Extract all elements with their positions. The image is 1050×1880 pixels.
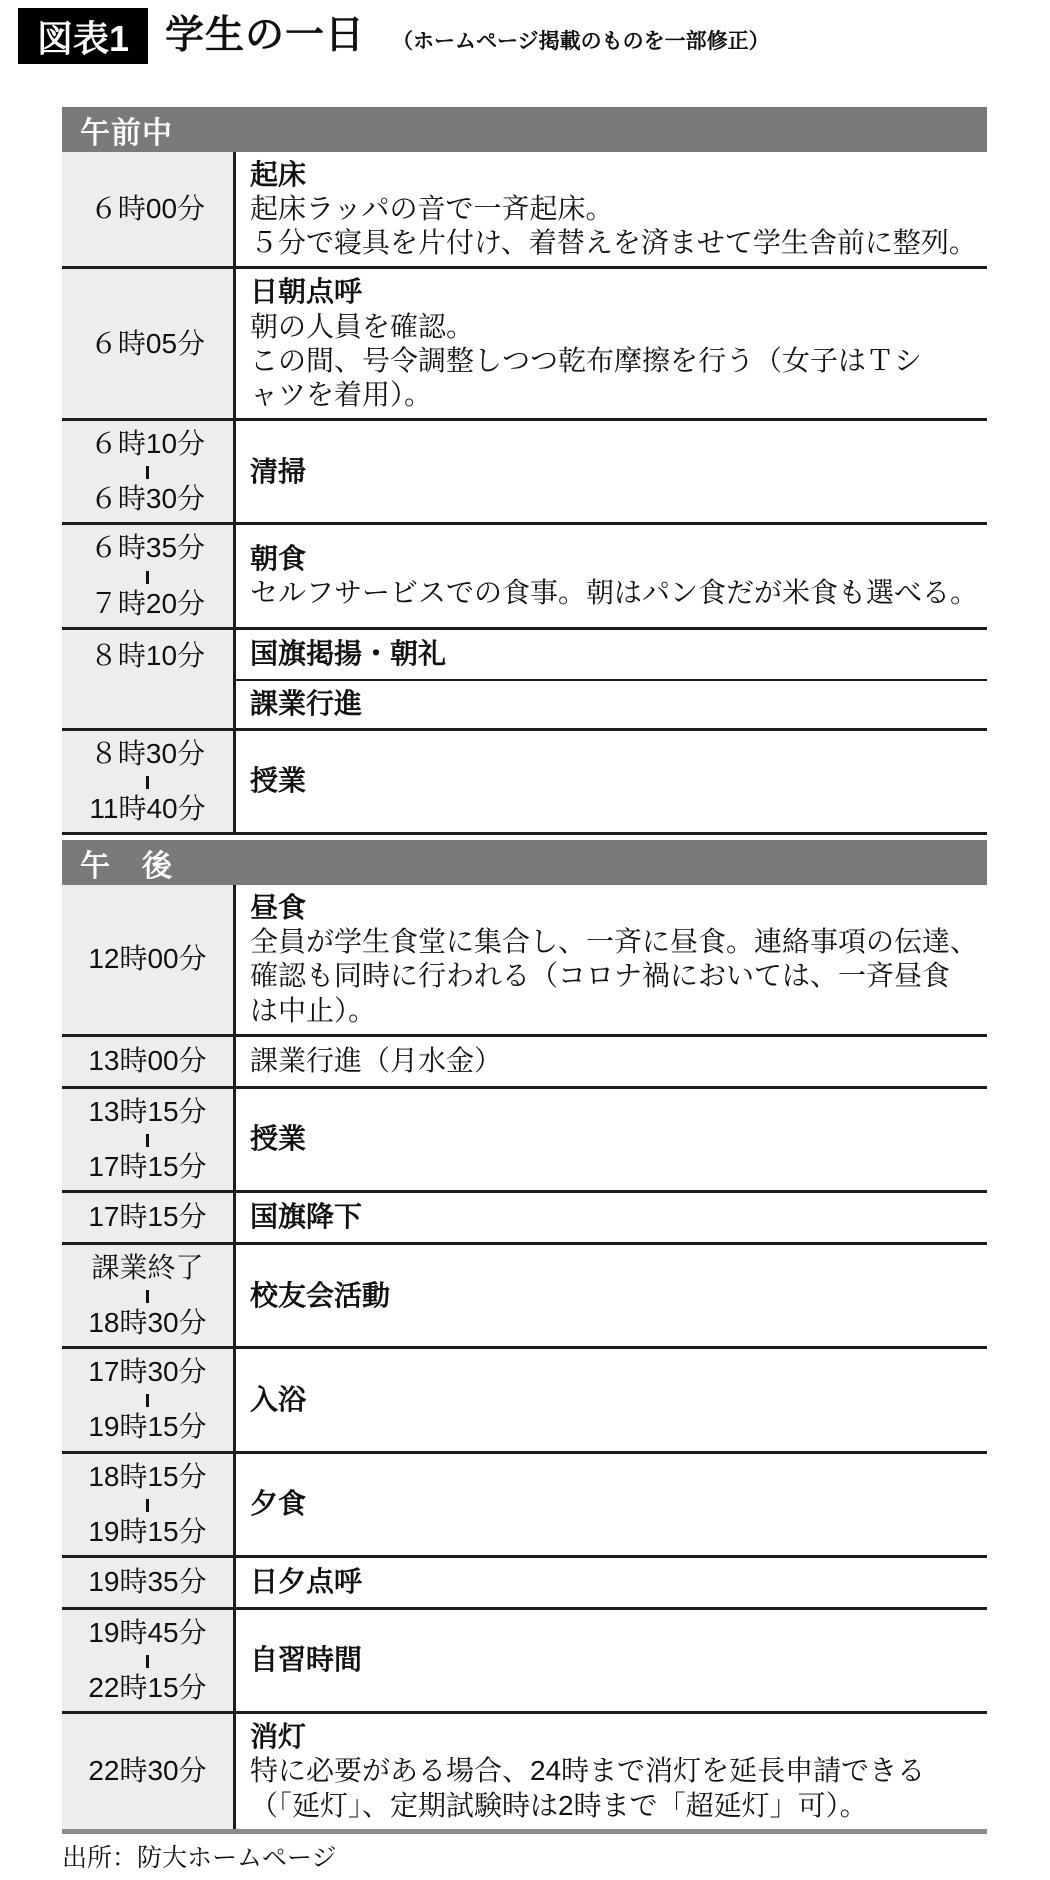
activity-title: 国旗掲揚・朝礼 xyxy=(250,637,979,671)
section-header: 午 後 xyxy=(62,840,987,885)
time-label: 19時45分 xyxy=(88,1616,206,1650)
activity-description: 特に必要がある場合、24時まで消灯を延長申請できる （「延灯」、定期試験時は2時… xyxy=(250,1754,979,1822)
time-cell: 19時35分 xyxy=(62,1558,236,1607)
activity-entry: 朝食セルフサービスでの食事。朝はパン食だが米食も選べる。 xyxy=(236,525,987,626)
time-label: ８時10分 xyxy=(90,639,205,673)
time-label: 19時15分 xyxy=(88,1410,206,1444)
activity-cell: 校友会活動 xyxy=(236,1245,987,1346)
activity-title: 課業行進 xyxy=(250,687,979,721)
schedule-row: 12時00分昼食全員が学生食堂に集合し、一斉に昼食。連絡事項の伝達、 確認も同時… xyxy=(62,885,987,1037)
time-label: 17時30分 xyxy=(88,1355,206,1389)
time-cell: ８時10分 xyxy=(62,630,236,728)
activity-cell: 課業行進（月水金） xyxy=(236,1037,987,1086)
time-cell: 18時15分19時15分 xyxy=(62,1454,236,1555)
time-cell: 17時15分 xyxy=(62,1193,236,1242)
activity-cell: 起床起床ラッパの音で一斉起床。 ５分で寝具を片付け、着替えを済ませて学生舎前に整… xyxy=(236,152,987,266)
activity-cell: 清掃 xyxy=(236,421,987,522)
activity-entry: 国旗降下 xyxy=(236,1193,987,1242)
time-cell: 13時00分 xyxy=(62,1037,236,1086)
schedule-row: ６時35分７時20分朝食セルフサービスでの食事。朝はパン食だが米食も選べる。 xyxy=(62,525,987,629)
time-range-dash xyxy=(146,466,149,479)
schedule-section: 午前中６時00分起床起床ラッパの音で一斉起床。 ５分で寝具を片付け、着替えを済ま… xyxy=(62,107,987,835)
time-label: 22時15分 xyxy=(88,1671,206,1705)
schedule-row: ８時30分11時40分授業 xyxy=(62,731,987,835)
time-label: 18時15分 xyxy=(88,1460,206,1494)
schedule-row: 19時45分22時15分自習時間 xyxy=(62,1610,987,1714)
activity-description: 全員が学生食堂に集合し、一斉に昼食。連絡事項の伝達、 確認も同時に行われる（コロ… xyxy=(250,925,979,1027)
activity-cell: 授業 xyxy=(236,731,987,832)
schedule-row: 13時15分17時15分授業 xyxy=(62,1089,987,1193)
activity-title: 授業 xyxy=(250,764,979,798)
schedule-row: 18時15分19時15分夕食 xyxy=(62,1454,987,1558)
time-label: 17時15分 xyxy=(88,1200,206,1234)
time-label: 22時30分 xyxy=(88,1754,206,1788)
time-label: 19時15分 xyxy=(88,1515,206,1549)
activity-entry: 課業行進（月水金） xyxy=(236,1037,987,1086)
activity-title: 校友会活動 xyxy=(250,1279,979,1313)
time-cell: 22時30分 xyxy=(62,1714,236,1828)
activity-cell: 授業 xyxy=(236,1089,987,1190)
time-range-dash xyxy=(146,1499,149,1512)
time-range-dash xyxy=(146,1655,149,1668)
schedule-section: 午 後12時00分昼食全員が学生食堂に集合し、一斉に昼食。連絡事項の伝達、 確認… xyxy=(62,840,987,1834)
activity-title: 朝食 xyxy=(250,542,979,576)
schedule-row: 17時15分国旗降下 xyxy=(62,1193,987,1245)
time-cell: ６時05分 xyxy=(62,269,236,418)
activity-title: 課業行進（月水金） xyxy=(250,1044,979,1078)
time-cell: 課業終了18時30分 xyxy=(62,1245,236,1346)
time-cell: ６時10分６時30分 xyxy=(62,421,236,522)
activity-cell: 自習時間 xyxy=(236,1610,987,1711)
activity-cell: 入浴 xyxy=(236,1349,987,1450)
activity-entry: 昼食全員が学生食堂に集合し、一斉に昼食。連絡事項の伝達、 確認も同時に行われる（… xyxy=(236,885,987,1034)
activity-title: 昼食 xyxy=(250,891,979,925)
time-cell: 17時30分19時15分 xyxy=(62,1349,236,1450)
activity-title: 起床 xyxy=(250,158,979,192)
time-cell: ６時35分７時20分 xyxy=(62,525,236,626)
time-range-dash xyxy=(146,1394,149,1407)
activity-cell: 昼食全員が学生食堂に集合し、一斉に昼食。連絡事項の伝達、 確認も同時に行われる（… xyxy=(236,885,987,1034)
activity-entry: 入浴 xyxy=(236,1349,987,1450)
activity-entry: 校友会活動 xyxy=(236,1245,987,1346)
activity-entry: 国旗掲揚・朝礼 xyxy=(236,630,987,679)
activity-description: 朝の人員を確認。 この間、号令調整しつつ乾布摩擦を行う（女子はＴシ ャツを着用）… xyxy=(250,310,979,412)
activity-cell: 夕食 xyxy=(236,1454,987,1555)
activity-entry: 課業行進 xyxy=(236,679,987,728)
activity-entry: 夕食 xyxy=(236,1454,987,1555)
time-range-dash xyxy=(146,1290,149,1303)
activity-entry: 日朝点呼朝の人員を確認。 この間、号令調整しつつ乾布摩擦を行う（女子はＴシ ャツ… xyxy=(236,269,987,418)
activity-cell: 国旗掲揚・朝礼課業行進 xyxy=(236,630,987,728)
schedule-row: 課業終了18時30分校友会活動 xyxy=(62,1245,987,1349)
activity-entry: 授業 xyxy=(236,1089,987,1190)
time-label: ６時00分 xyxy=(90,192,205,226)
time-label: 18時30分 xyxy=(88,1306,206,1340)
activity-entry: 日夕点呼 xyxy=(236,1558,987,1607)
activity-title: 入浴 xyxy=(250,1383,979,1417)
time-label: ６時10分 xyxy=(90,427,205,461)
time-label: 13時00分 xyxy=(88,1044,206,1078)
time-cell: 13時15分17時15分 xyxy=(62,1089,236,1190)
activity-title: 消灯 xyxy=(250,1720,979,1754)
time-label: ６時30分 xyxy=(90,482,205,516)
activity-description: 起床ラッパの音で一斉起床。 ５分で寝具を片付け、着替えを済ませて学生舎前に整列。 xyxy=(250,192,979,260)
time-label: ７時20分 xyxy=(90,587,205,621)
activity-title: 授業 xyxy=(250,1122,979,1156)
figure-tag: 図表1 xyxy=(18,8,148,64)
activity-cell: 朝食セルフサービスでの食事。朝はパン食だが米食も選べる。 xyxy=(236,525,987,626)
figure-title-text: 学生の一日 xyxy=(165,8,365,64)
schedule-row: ６時00分起床起床ラッパの音で一斉起床。 ５分で寝具を片付け、着替えを済ませて学… xyxy=(62,152,987,269)
activity-cell: 日夕点呼 xyxy=(236,1558,987,1607)
source-note: 出所：防大ホームページ xyxy=(62,1838,337,1874)
activity-cell: 日朝点呼朝の人員を確認。 この間、号令調整しつつ乾布摩擦を行う（女子はＴシ ャツ… xyxy=(236,269,987,418)
time-range-dash xyxy=(146,1134,149,1147)
activity-entry: 起床起床ラッパの音で一斉起床。 ５分で寝具を片付け、着替えを済ませて学生舎前に整… xyxy=(236,152,987,266)
schedule-row: 22時30分消灯特に必要がある場合、24時まで消灯を延長申請できる （「延灯」、… xyxy=(62,1714,987,1833)
schedule-row: ６時05分日朝点呼朝の人員を確認。 この間、号令調整しつつ乾布摩擦を行う（女子は… xyxy=(62,269,987,421)
schedule-row: ６時10分６時30分清掃 xyxy=(62,421,987,525)
activity-entry: 自習時間 xyxy=(236,1610,987,1711)
activity-description: セルフサービスでの食事。朝はパン食だが米食も選べる。 xyxy=(250,576,979,610)
activity-title: 日夕点呼 xyxy=(250,1565,979,1599)
page: 図表1 学生の一日 （ホームページ掲載のものを一部修正） 午前中６時00分起床起… xyxy=(0,0,1050,1880)
time-label: 19時35分 xyxy=(88,1565,206,1599)
time-label: 課業終了 xyxy=(91,1251,203,1285)
activity-title: 国旗降下 xyxy=(250,1200,979,1234)
activity-cell: 消灯特に必要がある場合、24時まで消灯を延長申請できる （「延灯」、定期試験時は… xyxy=(236,1714,987,1828)
schedule-row: 19時35分日夕点呼 xyxy=(62,1558,987,1610)
schedule-table: 午前中６時00分起床起床ラッパの音で一斉起床。 ５分で寝具を片付け、着替えを済ま… xyxy=(62,107,987,1834)
activity-title: 清掃 xyxy=(250,455,979,489)
activity-title: 日朝点呼 xyxy=(250,275,979,309)
time-cell: ８時30分11時40分 xyxy=(62,731,236,832)
time-label: 12時00分 xyxy=(88,942,206,976)
activity-title: 夕食 xyxy=(250,1487,979,1521)
time-label: 13時15分 xyxy=(88,1095,206,1129)
time-cell: ６時00分 xyxy=(62,152,236,266)
time-label: ６時35分 xyxy=(90,531,205,565)
schedule-row: 17時30分19時15分入浴 xyxy=(62,1349,987,1453)
time-label: 17時15分 xyxy=(88,1150,206,1184)
activity-entry: 消灯特に必要がある場合、24時まで消灯を延長申請できる （「延灯」、定期試験時は… xyxy=(236,1714,987,1828)
time-cell: 19時45分22時15分 xyxy=(62,1610,236,1711)
time-label: ８時30分 xyxy=(90,737,205,771)
time-range-dash xyxy=(146,571,149,584)
time-range-dash xyxy=(146,776,149,789)
time-cell: 12時00分 xyxy=(62,885,236,1034)
activity-cell: 国旗降下 xyxy=(236,1193,987,1242)
section-header: 午前中 xyxy=(62,107,987,152)
activity-entry: 授業 xyxy=(236,731,987,832)
activity-title: 自習時間 xyxy=(250,1643,979,1677)
schedule-row: 13時00分課業行進（月水金） xyxy=(62,1037,987,1089)
schedule-row: ８時10分国旗掲揚・朝礼課業行進 xyxy=(62,630,987,731)
activity-entry: 清掃 xyxy=(236,421,987,522)
time-label: ６時05分 xyxy=(90,327,205,361)
time-label: 11時40分 xyxy=(89,792,205,826)
figure-title-note: （ホームページ掲載のものを一部修正） xyxy=(392,25,770,55)
figure-title: 図表1 学生の一日 （ホームページ掲載のものを一部修正） xyxy=(18,8,770,64)
